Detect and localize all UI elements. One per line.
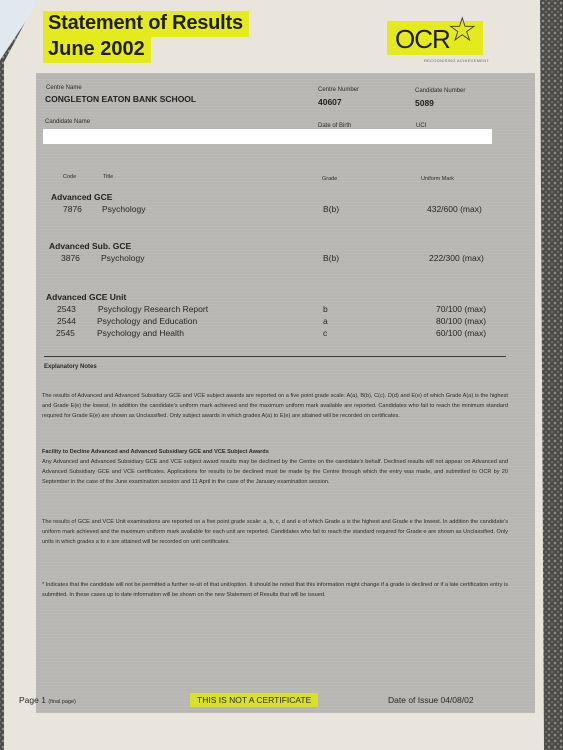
unit-grade: a [323, 316, 328, 326]
result-row: 2543 Psychology Research Report b 70/100… [36, 304, 516, 316]
decline-heading: Facility to Decline Advanced and Advance… [42, 447, 508, 457]
section-heading: Advanced GCE [51, 192, 112, 202]
unit-code: 3876 [61, 253, 80, 263]
divider [44, 356, 506, 357]
unit-mark: 80/100 (max) [436, 316, 486, 326]
unit-title: Psychology Research Report [98, 304, 208, 314]
date-of-issue-label: Date of Issue [388, 695, 438, 705]
centre-number: 40607 [318, 97, 342, 107]
unit-grade: c [323, 328, 327, 338]
decline-paragraph: Any Advanced and Advanced Subsidiary GCE… [42, 459, 508, 485]
col-code: Code [63, 174, 76, 180]
unit-grade: B(b) [323, 204, 339, 214]
page-number: Page 1 [19, 695, 46, 705]
page-note: (final page) [48, 699, 76, 705]
result-row: 2544 Psychology and Education a 80/100 (… [36, 316, 516, 328]
candidate-number: 5089 [415, 98, 434, 108]
result-row: 3876 Psychology B(b) 222/300 (max) [36, 253, 516, 265]
unit-code: 7876 [63, 204, 82, 214]
result-row: 2545 Psychology and Health c 60/100 (max… [36, 328, 516, 340]
redaction-bar [43, 129, 492, 144]
star-icon: ☆ [447, 13, 477, 47]
col-grade: Grade [322, 176, 337, 182]
unit-mark: 60/100 (max) [436, 328, 486, 338]
notes-paragraph-subject-awards: The results of Advanced and Advanced Sub… [42, 391, 508, 421]
logo-tagline: RECOGNISING ACHIEVEMENT [424, 58, 489, 63]
result-row: 7876 Psychology B(b) 432/600 (max) [36, 204, 516, 216]
col-uniform-mark: Uniform Mark [421, 176, 454, 182]
candidate-number-label: Candidate Number [415, 88, 465, 94]
unit-title: Psychology [102, 204, 145, 214]
unit-code: 2544 [57, 316, 76, 326]
unit-mark: 222/300 (max) [429, 253, 484, 263]
unit-grade: B(b) [323, 253, 339, 263]
centre-name: CONGLETON EATON BANK SCHOOL [45, 94, 196, 104]
section-heading: Advanced Sub. GCE [49, 241, 131, 251]
page-indicator: Page 1 (final page) [19, 695, 76, 705]
notes-paragraph-unit-results: The results of GCE and VCE Unit examinat… [42, 517, 508, 547]
unit-code: 2545 [56, 328, 75, 338]
centre-name-label: Centre Name [46, 85, 82, 91]
unit-title: Psychology and Education [97, 316, 197, 326]
document-title-text: Statement of Results [43, 11, 249, 37]
not-a-certificate-notice: THIS IS NOT A CERTIFICATE [190, 693, 318, 707]
date-of-issue: Date of Issue 04/08/02 [388, 695, 474, 705]
exam-session: June 2002 [43, 37, 151, 63]
candidate-name-label: Candidate Name [45, 119, 90, 125]
results-panel: Centre Name CONGLETON EATON BANK SCHOOL … [36, 73, 535, 713]
notes-decline-section: Facility to Decline Advanced and Advance… [42, 447, 508, 487]
unit-title: Psychology and Health [97, 328, 184, 338]
col-title: Title [103, 174, 113, 180]
document-title: Statement of Results [43, 11, 249, 37]
explanatory-notes-heading: Explanatory Notes [44, 364, 97, 370]
unit-mark: 432/600 (max) [427, 204, 482, 214]
notes-paragraph-resit: * Indicates that the candidate will not … [42, 580, 508, 600]
logo-text: OCR [395, 24, 450, 55]
unit-mark: 70/100 (max) [436, 304, 486, 314]
centre-number-label: Centre Number [318, 87, 359, 93]
section-heading: Advanced GCE Unit [46, 292, 126, 302]
exam-session-text: June 2002 [43, 37, 151, 63]
results-document: Statement of Results June 2002 OCR ☆ REC… [4, 0, 544, 750]
unit-code: 2543 [57, 304, 76, 314]
ocr-logo: OCR ☆ [387, 21, 483, 55]
unit-grade: b [323, 304, 328, 314]
date-of-issue-value: 04/08/02 [440, 695, 473, 705]
unit-title: Psychology [101, 253, 144, 263]
